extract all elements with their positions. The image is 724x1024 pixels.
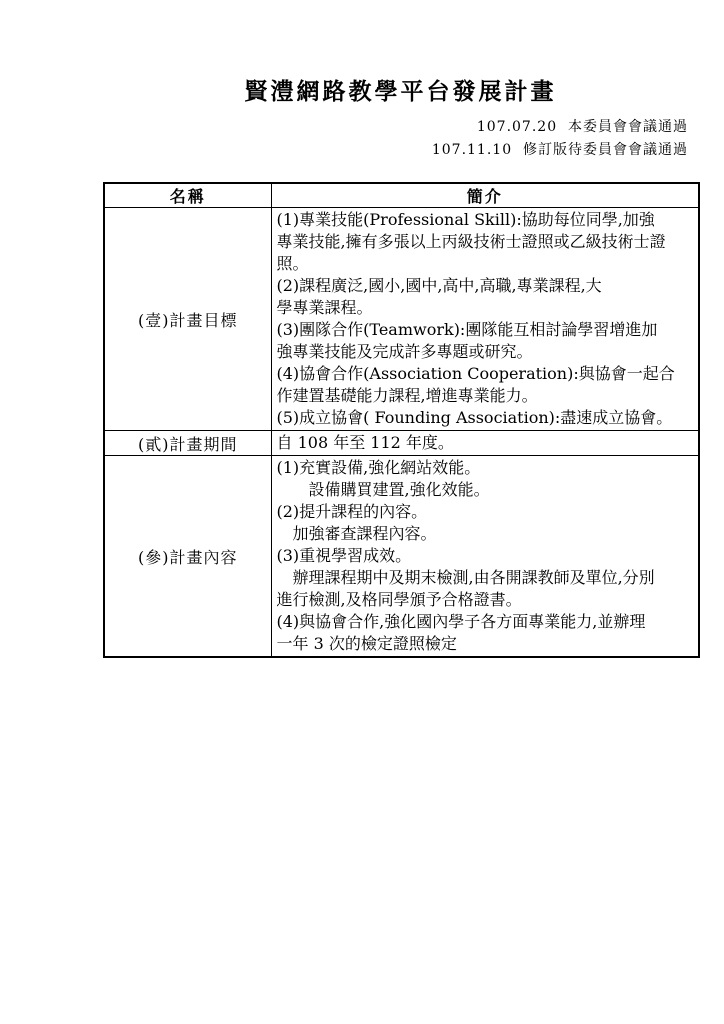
row-label-period: (貳)計畫期間 [104,431,271,456]
intro-line: (3)重視學習成效。 [277,545,695,567]
row-intro-content: (1)充實設備,強化網站效能。 設備購買建置,強化效能。(2)提升課程的內容。 … [271,456,699,658]
intro-line: 設備購買建置,強化效能。 [277,479,695,501]
intro-line: 一年 3 次的檢定證照檢定 [277,633,695,655]
intro-line: 作建置基礎能力課程,增進專業能力。 [277,385,695,407]
table-header-row: 名稱 簡介 [104,183,699,208]
document-page: 賢澧網路教學平台發展計畫 107.07.20 本委員會會議通過107.11.10… [0,0,724,1024]
row-label-goals: (壹)計畫目標 [104,208,271,431]
intro-line: 自 108 年至 112 年度。 [277,432,695,454]
intro-line: 進行檢測,及格同學頒予合格證書。 [277,589,695,611]
table-row-goals: (壹)計畫目標 (1)專業技能(Professional Skill):協助每位… [104,208,699,431]
intro-line: 學專業課程。 [277,297,695,319]
intro-line: (4)與協會合作,強化國內學子各方面專業能力,並辦理 [277,611,695,633]
column-header-intro: 簡介 [271,183,699,208]
page-title: 賢澧網路教學平台發展計畫 [103,76,698,108]
intro-line: (1)專業技能(Professional Skill):協助每位同學,加強 [277,209,695,231]
intro-line: 照。 [277,253,695,275]
row-label-content: (參)計畫內容 [104,456,271,658]
intro-line: 辦理課程期中及期末檢測,由各開課教師及單位,分別 [277,567,695,589]
revision-note-line: 107.07.20 本委員會會議通過 [103,116,688,139]
row-intro-period: 自 108 年至 112 年度。 [271,431,699,456]
intro-line: (1)充實設備,強化網站效能。 [277,457,695,479]
intro-line: (3)團隊合作(Teamwork):團隊能互相討論學習增進加 [277,319,695,341]
plan-table: 名稱 簡介 (壹)計畫目標 (1)專業技能(Professional Skill… [103,182,700,658]
row-intro-goals: (1)專業技能(Professional Skill):協助每位同學,加強專業技… [271,208,699,431]
intro-line: (4)協會合作(Association Cooperation):與協會一起合 [277,363,695,385]
revision-notes: 107.07.20 本委員會會議通過107.11.10 修訂版待委員會會議通過 [103,116,688,162]
intro-line: (2)課程廣泛,國小,國中,高中,高職,專業課程,大 [277,275,695,297]
table-row-content: (參)計畫內容 (1)充實設備,強化網站效能。 設備購買建置,強化效能。(2)提… [104,456,699,658]
intro-line: (2)提升課程的內容。 [277,501,695,523]
intro-line: (5)成立協會( Founding Association):盡速成立協會。 [277,407,695,429]
column-header-name: 名稱 [104,183,271,208]
revision-note-line: 107.11.10 修訂版待委員會會議通過 [103,139,688,162]
intro-line: 專業技能,擁有多張以上丙級技術士證照或乙級技術士證 [277,231,695,253]
table-row-period: (貳)計畫期間 自 108 年至 112 年度。 [104,431,699,456]
intro-line: 加強審查課程內容。 [277,523,695,545]
intro-line: 強專業技能及完成許多專題或研究。 [277,341,695,363]
